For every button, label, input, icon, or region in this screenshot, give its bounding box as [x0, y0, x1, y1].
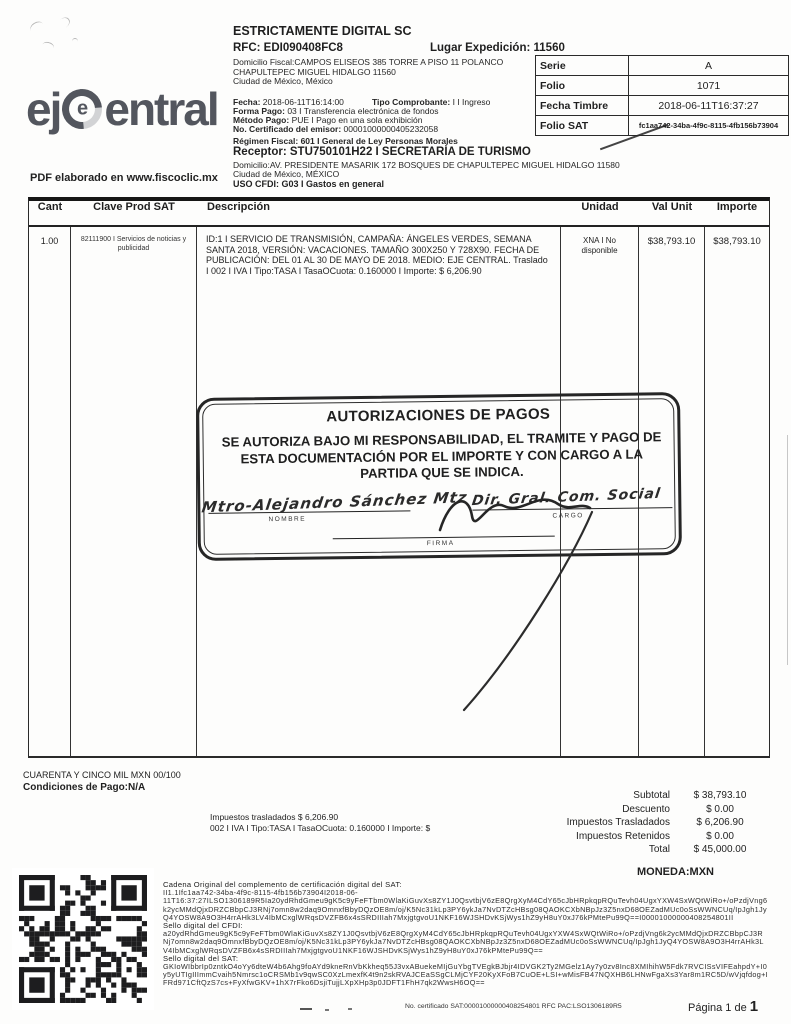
amount-in-words: CUARENTA Y CINCO MIL MXN 00/100 [23, 770, 181, 780]
cadena-line: Q4YOSW8A9O3H4rrAHk3LV4IbMCxglWRqsDVZFB6x… [163, 914, 789, 922]
pencil-mark [41, 41, 55, 53]
pencil-mark [54, 15, 72, 32]
scan-dash-artifact [300, 1008, 312, 1010]
sat-certificate-line: No. certificado SAT:00001000000408254801… [405, 1003, 622, 1010]
folio-table-row-folio: Folio 1071 [536, 75, 788, 95]
invoice-scan-page: ejeentral PDF elaborado en www.fiscoclic… [0, 0, 791, 1024]
page-indicator: Página 1 de 1 [688, 998, 758, 1015]
page-indicator-label: Página 1 de [688, 1002, 747, 1014]
logo-inner-e: e [77, 98, 88, 118]
sello-cfdi-line: V4IbMCxglWRqsDVZFB6x4sSRDIIIah7MxjgtgvoU… [163, 947, 789, 955]
total-row-descuento: Descuento $ 0.00 [440, 803, 770, 817]
receptor-city: Ciudad de México, MÉXICO [233, 169, 339, 179]
total-row-impuestos-trasladados: Impuestos Trasladados $ 6,206.90 [440, 816, 770, 830]
cadena-line: k2ycMMdQjxDRZCBbpCJ3RNj7omn8w2daq9OmnxfB… [163, 906, 789, 914]
header-cant: Cant [29, 201, 71, 225]
total-value: $ 45,000.00 [670, 844, 770, 855]
total-row-subtotal: Subtotal $ 38,793.10 [440, 789, 770, 803]
sello-cfdi-line: a20ydRhdGmeu9gK5c9yFeFTbm0WlaKiGuvXs8ZY1… [163, 930, 789, 938]
item-clave-prod-sat: 82111900 I Servicios de noticias y publi… [71, 227, 197, 756]
folio-value: 1071 [629, 80, 788, 92]
folio-table-row-folio-sat: Folio SAT fc1aa742-34ba-4f9c-8115-4fb156… [536, 115, 788, 135]
descuento-value: $ 0.00 [670, 804, 770, 815]
scan-dash-artifact [348, 1008, 352, 1010]
tax-summary-line1: Impuestos trasladados $ 6,206.90 [210, 812, 338, 822]
sello-cfdi-line: Nj7omn8w2daq9OmnxfBbyDQzOE8m/oj/K5Nc31kL… [163, 938, 789, 946]
pencil-mark [28, 19, 46, 36]
serie-value: A [629, 60, 788, 72]
scan-line-artifact [787, 435, 788, 665]
serie-label: Serie [536, 56, 629, 75]
sat-seals-block: Cadena Original del complemento de certi… [163, 881, 789, 988]
sello-sat-line: GKIoWIbbrIp0zntkO4oYy6dteW4b6Ahg9foAYd9k… [163, 963, 789, 971]
header-descripcion: Descripción [197, 201, 561, 225]
item-cant: 1.00 [29, 227, 71, 756]
signature-icon [420, 478, 680, 723]
uso-cfdi-line: USO CFDI: G03 I Gastos en general [233, 179, 384, 189]
ejecentral-logo: ejeentral [26, 86, 218, 132]
nombre-label: NOMBRE [268, 516, 306, 523]
sello-sat-label: Sello digital del SAT: [163, 955, 789, 963]
totals-block: Subtotal $ 38,793.10 Descuento $ 0.00 Im… [440, 789, 770, 857]
logo-text-prefix: ej [26, 86, 60, 132]
emitter-address: Domicilio Fiscal:CAMPOS ELISEOS 385 TORR… [233, 58, 563, 87]
stamp-title: AUTORIZACIONES DE PAGOS [199, 404, 677, 427]
folio-sat-label: Folio SAT [536, 116, 629, 135]
header-unidad: Unidad [561, 201, 639, 225]
header-importe: Importe [705, 201, 769, 225]
subtotal-value: $ 38,793.10 [670, 790, 770, 801]
descuento-label: Descuento [465, 804, 670, 815]
impuestos-retenidos-value: $ 0.00 [670, 831, 770, 842]
impuestos-trasladados-label: Impuestos Trasladados [465, 817, 670, 828]
sello-sat-line: y5yUTIgIIImmCvaih5Nmrsc1oCRSMb1v9qwSC0Xz… [163, 971, 789, 979]
folio-table-row-serie: Serie A [536, 56, 788, 75]
pencil-mark [72, 38, 78, 45]
item-importe: $38,793.10 [705, 227, 769, 756]
total-label: Total [465, 844, 670, 855]
folio-table: Serie A Folio 1071 Fecha Timbre 2018-06-… [535, 55, 789, 136]
qr-code [12, 868, 154, 1010]
sello-cfdi-label: Sello digital del CFDI: [163, 922, 789, 930]
folio-label: Folio [536, 76, 629, 95]
payment-conditions: Condiciones de Pago:N/A [23, 782, 145, 793]
page-indicator-number: 1 [750, 998, 758, 1015]
fecha-timbre-value: 2018-06-11T16:37:27 [629, 100, 788, 112]
lugar-expedicion: Lugar Expedición: 11560 [430, 42, 565, 54]
impuestos-trasladados-value: $ 6,206.90 [670, 817, 770, 828]
stamp-body-text: SE AUTORIZA BAJO MI RESPONSABILIDAD, EL … [221, 429, 662, 484]
emitter-rfc: RFC: EDI090408FC8 [233, 42, 343, 54]
sello-sat-line: FRd971CftQzS7cs+FyXfwGKV+1hX7rFko6DsjiTu… [163, 979, 789, 987]
cadena-line: II1.1Ifc1aa742-34ba-4f9c-8115-4fb156b739… [163, 889, 789, 897]
items-table-header: Cant Clave Prod SAT Descripción Unidad V… [29, 201, 769, 227]
total-row-impuestos-retenidos: Impuestos Retenidos $ 0.00 [440, 830, 770, 844]
regimen-fiscal-line: Régimen Fiscal: 601 I General de Ley Per… [233, 136, 458, 146]
subtotal-label: Subtotal [465, 790, 670, 801]
certificado-emisor-line: No. Certificado del emisor: 000010000004… [233, 124, 438, 134]
cadena-line: 11T16:37:27ILSO1306189R5Ia20ydRhdGmeu9gK… [163, 897, 789, 905]
logo-text-suffix: entral [104, 86, 217, 132]
pdf-origin-note: PDF elaborado en www.fiscoclic.mx [30, 172, 218, 184]
impuestos-retenidos-label: Impuestos Retenidos [465, 831, 670, 842]
cadena-original-label: Cadena Original del complemento de certi… [163, 881, 789, 889]
receptor-line: Receptor: STU750101H22 I SECRETARÍA DE T… [233, 146, 531, 158]
header-val-unit: Val Unit [639, 201, 705, 225]
folio-table-row-fecha-timbre: Fecha Timbre 2018-06-11T16:37:27 [536, 95, 788, 115]
scan-dash-artifact [325, 1009, 329, 1011]
logo-c-ring-icon: e [54, 81, 110, 137]
header-clave-prod-sat: Clave Prod SAT [71, 201, 197, 225]
currency-label: MONEDA:MXN [637, 866, 714, 878]
emitter-address-line3: Ciudad de México, México [233, 77, 563, 87]
folio-sat-value: fc1aa742-34ba-4f9c-8115-4fb156b73904 [629, 121, 788, 130]
fecha-timbre-label: Fecha Timbre [536, 96, 629, 115]
total-row-total: Total $ 45,000.00 [440, 843, 770, 857]
emitter-name: ESTRICTAMENTE DIGITAL SC [233, 24, 411, 38]
tax-summary-line2: 002 I IVA I Tipo:TASA I TasaOCuota: 0.16… [210, 823, 430, 833]
